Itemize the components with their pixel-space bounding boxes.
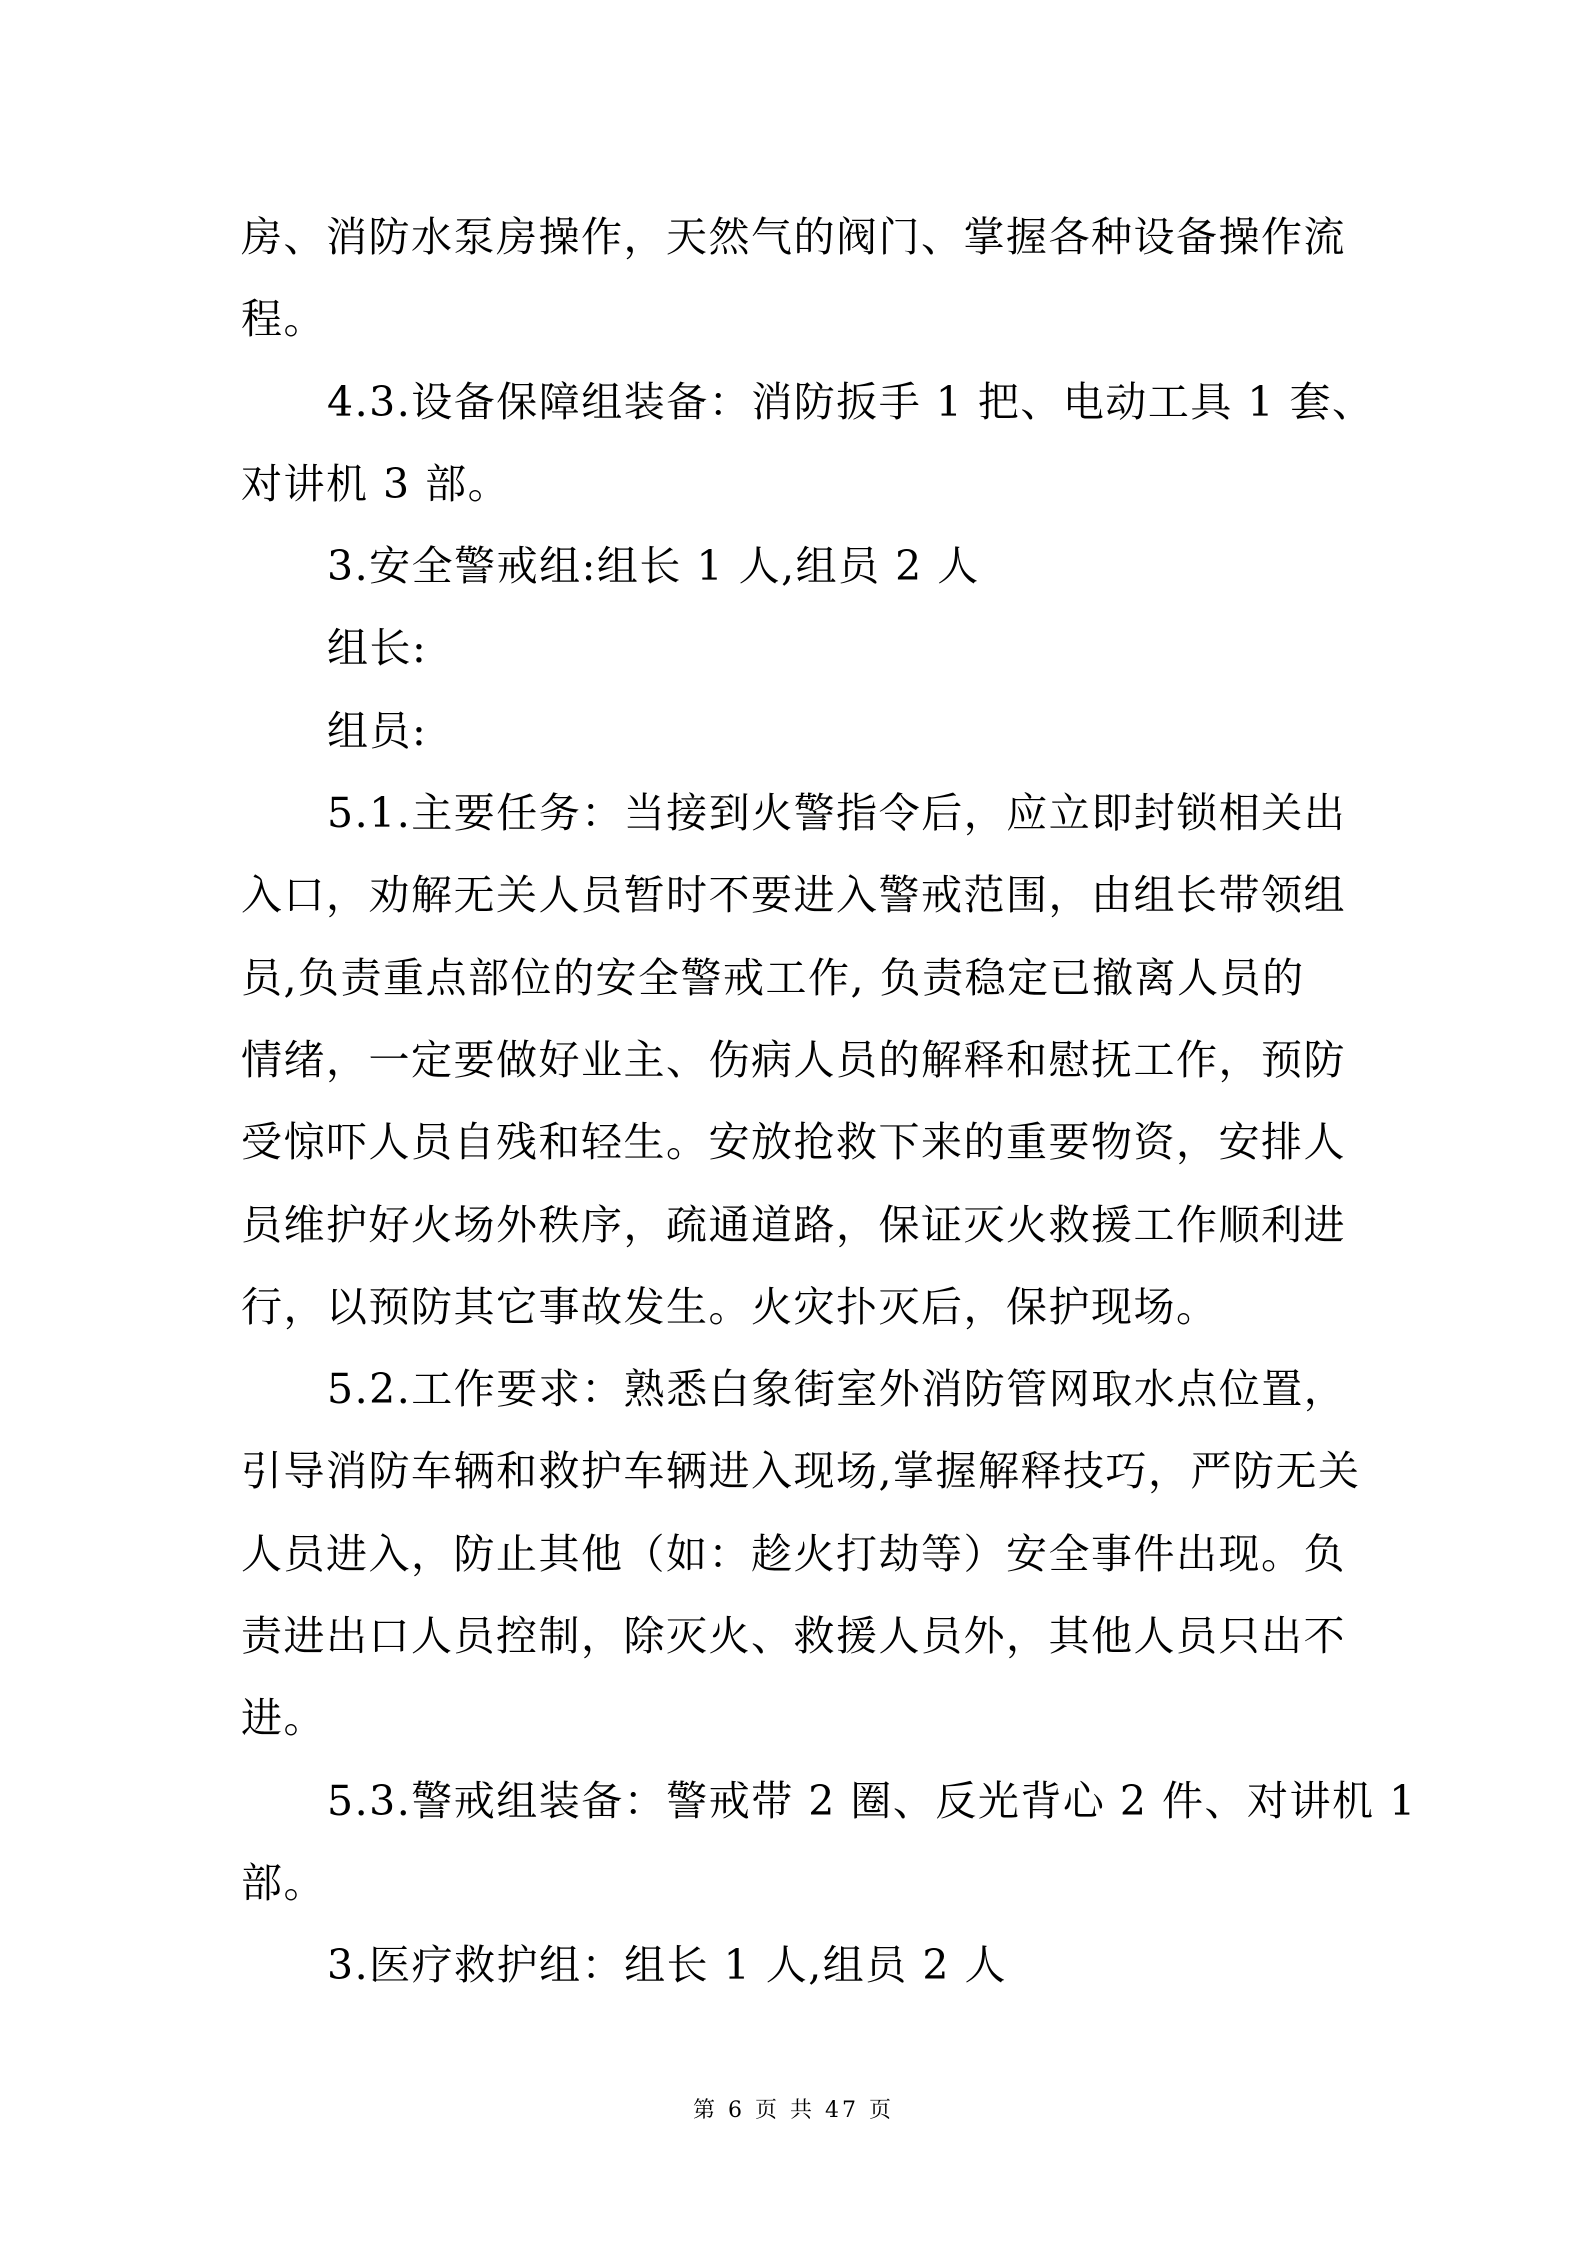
text-line: 行，以预防其它事故发生。火灾扑灭后，保护现场。 [241, 1266, 1351, 1348]
text-line: 人员进入，防止其他（如：趁火打劫等）安全事件出现。负 [241, 1513, 1351, 1595]
text-line: 员维护好火场外秩序，疏通道路，保证灭火救援工作顺利进 [241, 1184, 1351, 1266]
text-line: 引导消防车辆和救护车辆进入现场,掌握解释技巧，严防无关 [241, 1430, 1351, 1512]
section-heading-4-3: 4.3.设备保障组装备：消防扳手 1 把、电动工具 1 套、 [241, 361, 1351, 443]
page-number-footer: 第 6 页 共 47 页 [0, 2093, 1587, 2124]
text-line: 责进出口人员控制，除灭火、救援人员外，其他人员只出不 [241, 1595, 1351, 1677]
document-body: 房、消防水泵房操作，天然气的阀门、掌握各种设备操作流 程。 4.3.设备保障组装… [241, 196, 1351, 2007]
section-heading-5-1: 5.1.主要任务：当接到火警指令后，应立即封锁相关出 [241, 772, 1351, 854]
document-page: 房、消防水泵房操作，天然气的阀门、掌握各种设备操作流 程。 4.3.设备保障组装… [0, 0, 1587, 2245]
section-heading-5-3: 5.3.警戒组装备：警戒带 2 圈、反光背心 2 件、对讲机 1 [241, 1760, 1351, 1842]
group-member-label: 组员: [241, 690, 1351, 772]
text-line: 入口，劝解无关人员暂时不要进入警戒范围，由组长带领组 [241, 854, 1351, 936]
section-heading-5-2: 5.2.工作要求：熟悉白象街室外消防管网取水点位置， [241, 1348, 1351, 1430]
section-heading-security-group: 3.安全警戒组:组长 1 人,组员 2 人 [241, 525, 1351, 607]
text-line: 部。 [241, 1842, 1351, 1924]
text-line: 进。 [241, 1677, 1351, 1759]
text-line: 程。 [241, 278, 1351, 360]
text-line: 员,负责重点部位的安全警戒工作, 负责稳定已撤离人员的 [241, 937, 1351, 1019]
section-heading-medical-group: 3.医疗救护组：组长 1 人,组员 2 人 [241, 1924, 1351, 2006]
text-line: 房、消防水泵房操作，天然气的阀门、掌握各种设备操作流 [241, 196, 1351, 278]
text-line: 对讲机 3 部。 [241, 443, 1351, 525]
text-line: 受惊吓人员自残和轻生。安放抢救下来的重要物资，安排人 [241, 1101, 1351, 1183]
text-line: 情绪，一定要做好业主、伤病人员的解释和慰抚工作，预防 [241, 1019, 1351, 1101]
group-leader-label: 组长: [241, 607, 1351, 689]
